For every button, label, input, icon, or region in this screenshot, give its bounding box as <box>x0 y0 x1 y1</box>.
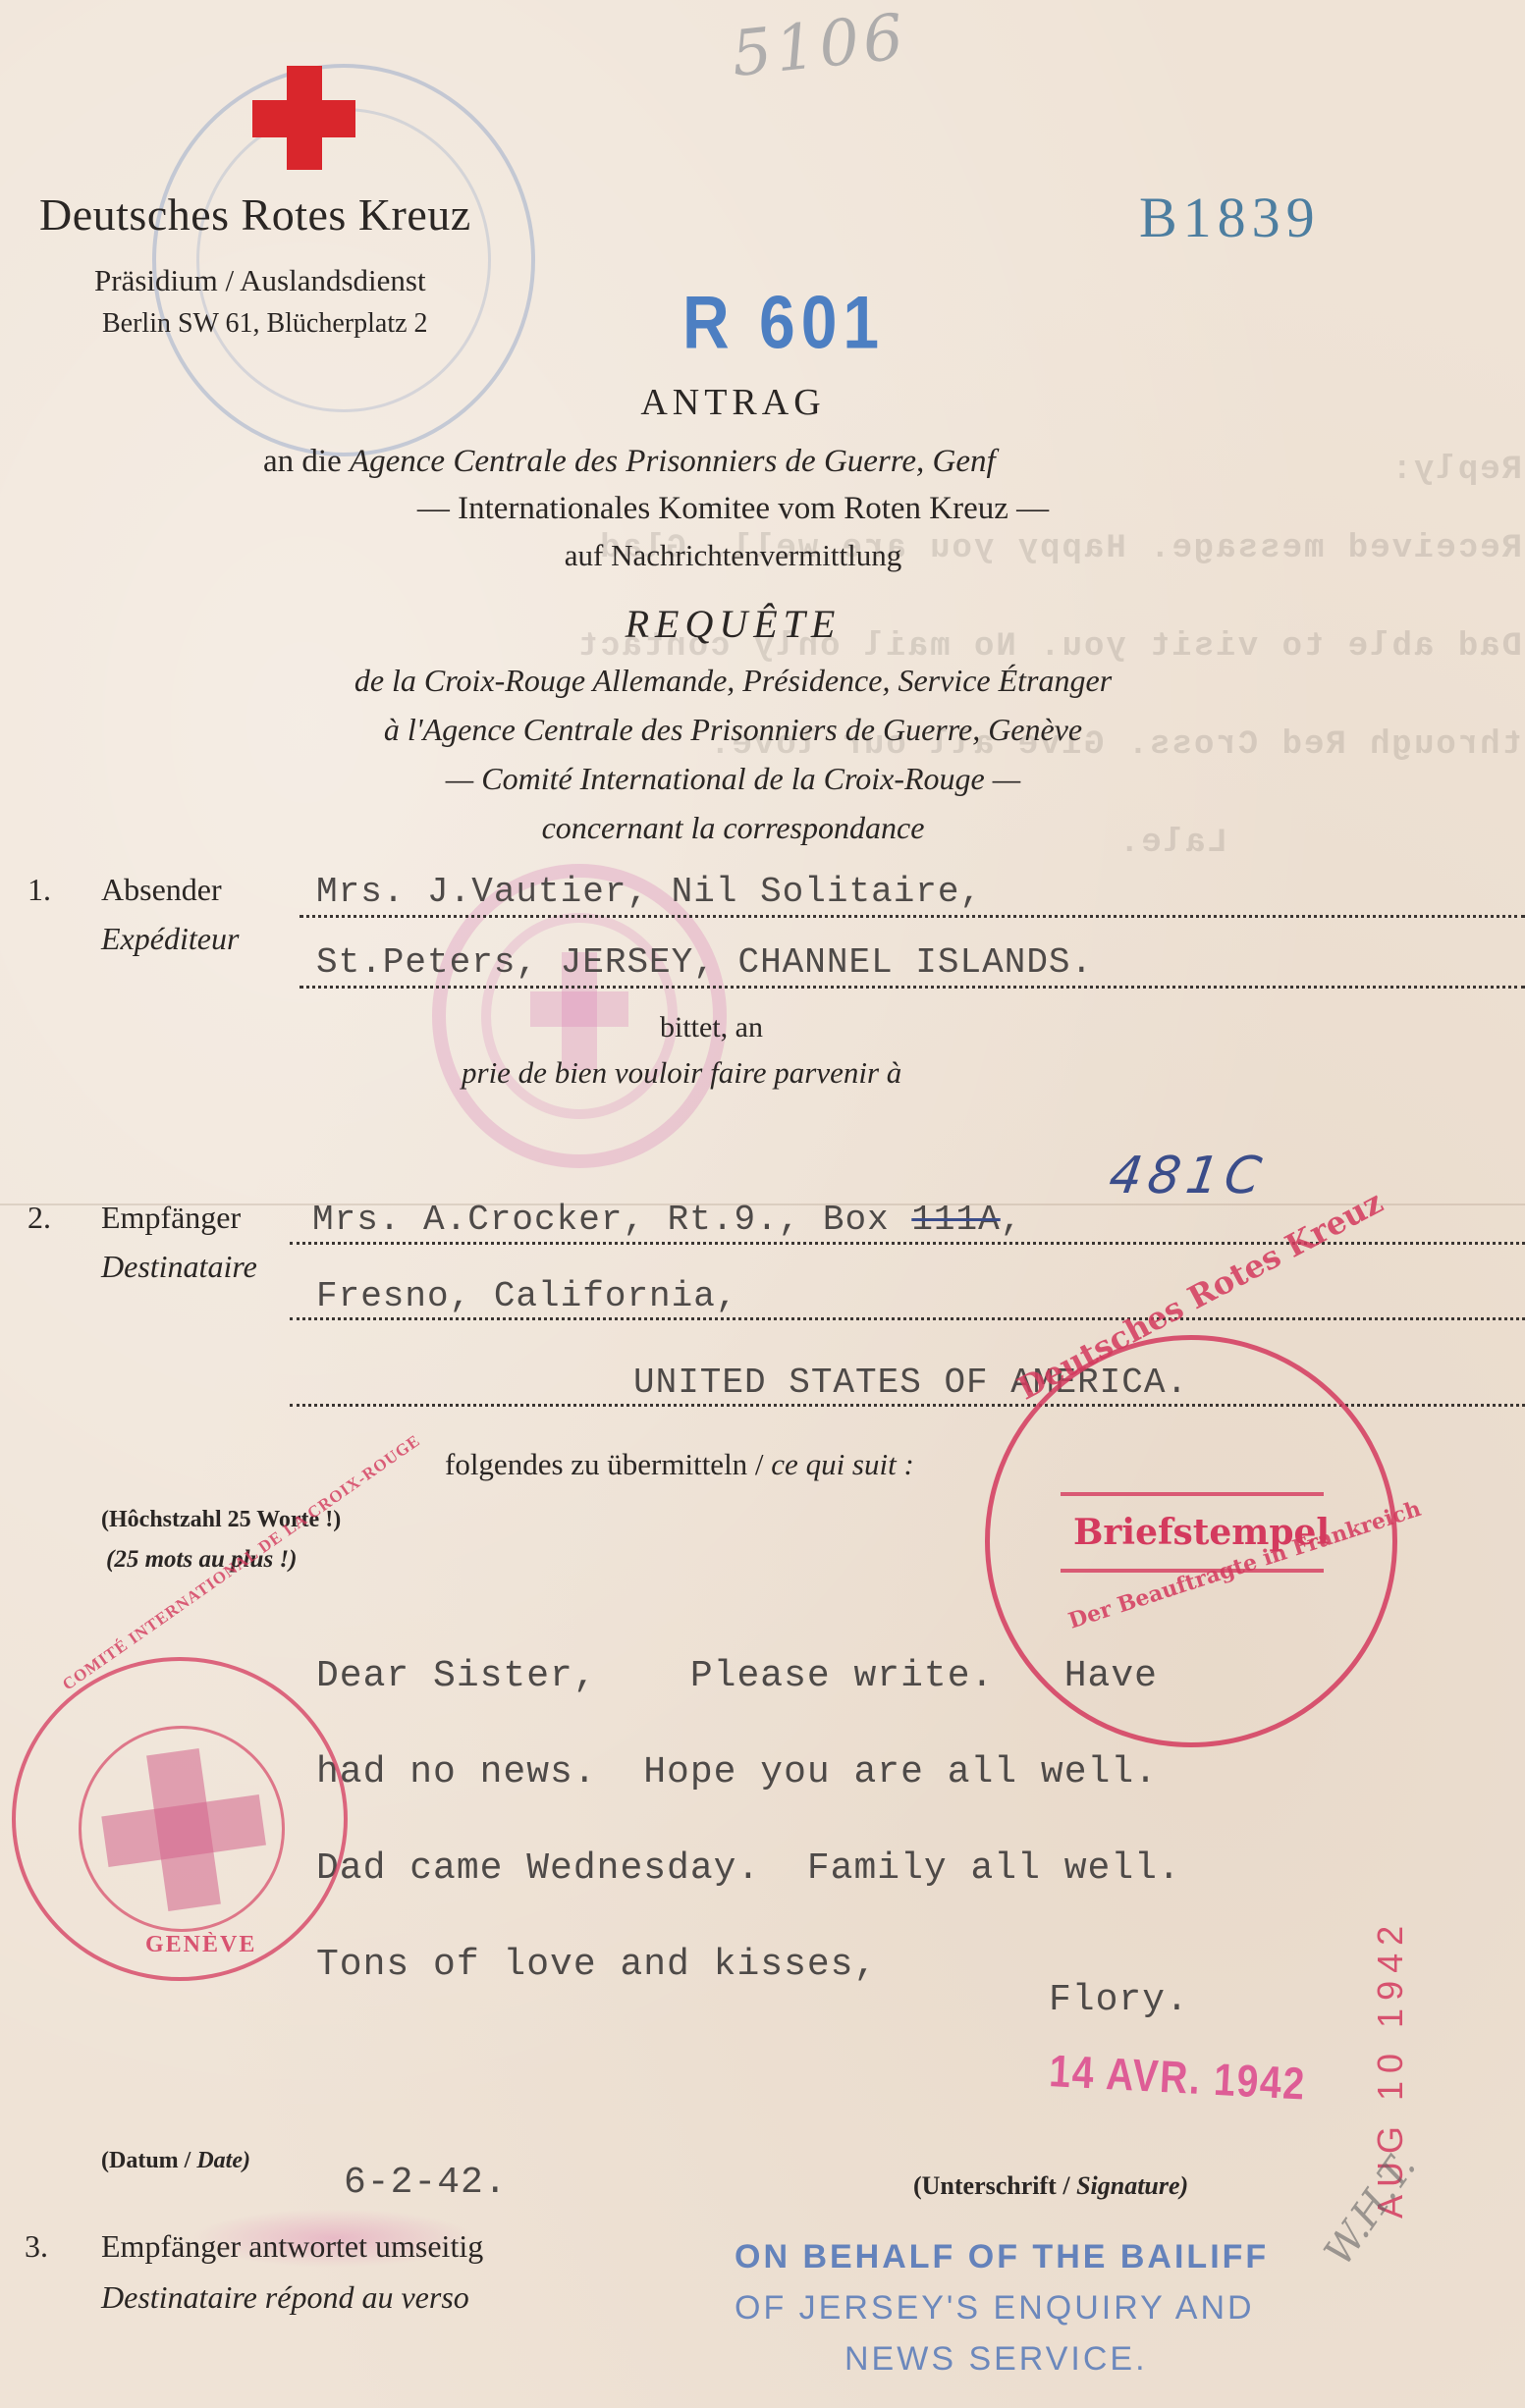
recipient-label-de: Empfänger <box>101 1200 241 1236</box>
recipient-line1-comma: , <box>1001 1200 1023 1240</box>
title-line-italic: Agence Centrale des Prisonniers de Guerr… <box>350 444 996 479</box>
recipient-label-fr: Destinataire <box>101 1249 257 1285</box>
message-signoff: Flory. <box>1049 1979 1189 2021</box>
title-line-prefix: an die <box>263 444 342 479</box>
receipt-date-stamp-avr: 14 AVR. 1942 <box>1048 2044 1307 2111</box>
bleed-line: Reply: <box>1390 452 1522 489</box>
reply-number: 3. <box>25 2228 48 2265</box>
reply-fr: Destinataire répond au verso <box>101 2279 469 2316</box>
signature-label-de: (Unterschrift / <box>913 2171 1070 2200</box>
message-line: Dad came Wednesday. Family all well. <box>316 1847 1181 1890</box>
date-value: 6-2-42. <box>344 2162 508 2204</box>
sender-label-fr: Expéditeur <box>101 921 239 957</box>
reference-number: R 601 <box>682 279 885 364</box>
recipient-line1-text: Mrs. A.Crocker, Rt.9., Box <box>312 1200 890 1240</box>
request-fr: prie de bien vouloir faire parvenir à <box>462 1055 901 1091</box>
cicr-city-text: GENÈVE <box>145 1932 256 1958</box>
message-line: had no news. Hope you are all well. <box>316 1751 1158 1793</box>
red-cross-logo <box>252 66 355 170</box>
pencil-number: 5106 <box>729 1 911 91</box>
sender-label-de: Absender <box>101 872 222 908</box>
title-line-komitee: — Internationales Komitee vom Roten Kreu… <box>0 491 1496 527</box>
recipient-number: 2. <box>27 1200 51 1236</box>
message-intro-fr: ce qui suit : <box>771 1447 914 1481</box>
message-line: Tons of love and kisses, <box>316 1944 877 1986</box>
title-requete: REQUÊTE <box>0 601 1496 647</box>
title-fr-line2: à l'Agence Centrale des Prisonniers de G… <box>0 712 1496 748</box>
sender-line2-rule <box>300 986 1525 989</box>
title-line-agence: an die Agence Centrale des Prisonniers d… <box>263 444 996 480</box>
cicr-cross <box>94 1741 274 1919</box>
title-line-nachricht: auf Nachrichtenvermittlung <box>0 538 1496 573</box>
recipient-line1-rule <box>290 1242 1525 1245</box>
handwritten-box-correction: 481C <box>1106 1147 1271 1205</box>
bailiff-stamp-line1: ON BEHALF OF THE BAILIFF <box>735 2238 1269 2276</box>
signature-label: (Unterschrift / Signature) <box>913 2171 1188 2201</box>
title-fr-line1: de la Croix-Rouge Allemande, Présidence,… <box>0 663 1496 699</box>
drk-stamp-rule-top <box>1061 1492 1324 1496</box>
title-fr-line3: — Comité International de la Croix-Rouge… <box>0 761 1496 797</box>
org-name: Deutsches Rotes Kreuz <box>39 188 471 241</box>
recipient-line2-rule <box>290 1317 1525 1320</box>
stamp-number: B1839 <box>1139 185 1321 250</box>
date-label: (Datum / Date) <box>101 2148 250 2174</box>
recipient-box-struck: 111A <box>911 1200 1000 1240</box>
org-department: Präsidium / Auslandsdienst <box>94 263 426 298</box>
bailiff-stamp-line3: NEWS SERVICE. <box>844 2340 1148 2379</box>
org-address: Berlin SW 61, Blücherplatz 2 <box>102 308 428 340</box>
title-fr-line4: concernant la correspondance <box>0 810 1496 846</box>
message-intro-de: folgendes zu übermitteln / <box>445 1447 764 1481</box>
date-label-de: (Datum / <box>101 2148 191 2173</box>
request-de: bittet, an <box>660 1011 763 1044</box>
title-antrag: ANTRAG <box>0 381 1496 424</box>
message-intro: folgendes zu übermitteln / ce qui suit : <box>445 1447 914 1482</box>
reply-de: Empfänger antwortet umseitig <box>101 2228 483 2265</box>
bailiff-stamp-line2: OF JERSEY'S ENQUIRY AND <box>735 2289 1255 2328</box>
sender-line1-rule <box>300 915 1525 918</box>
recipient-line2: Fresno, California, <box>316 1276 737 1316</box>
sender-line2: St.Peters, JERSEY, CHANNEL ISLANDS. <box>316 942 1093 983</box>
sender-line1: Mrs. J.Vautier, Nil Solitaire, <box>316 872 982 912</box>
sender-number: 1. <box>27 872 51 908</box>
signature-label-fr: Signature) <box>1076 2171 1188 2200</box>
recipient-line1: Mrs. A.Crocker, Rt.9., Box 111A, <box>312 1200 1022 1240</box>
date-label-fr: Date) <box>196 2148 250 2173</box>
